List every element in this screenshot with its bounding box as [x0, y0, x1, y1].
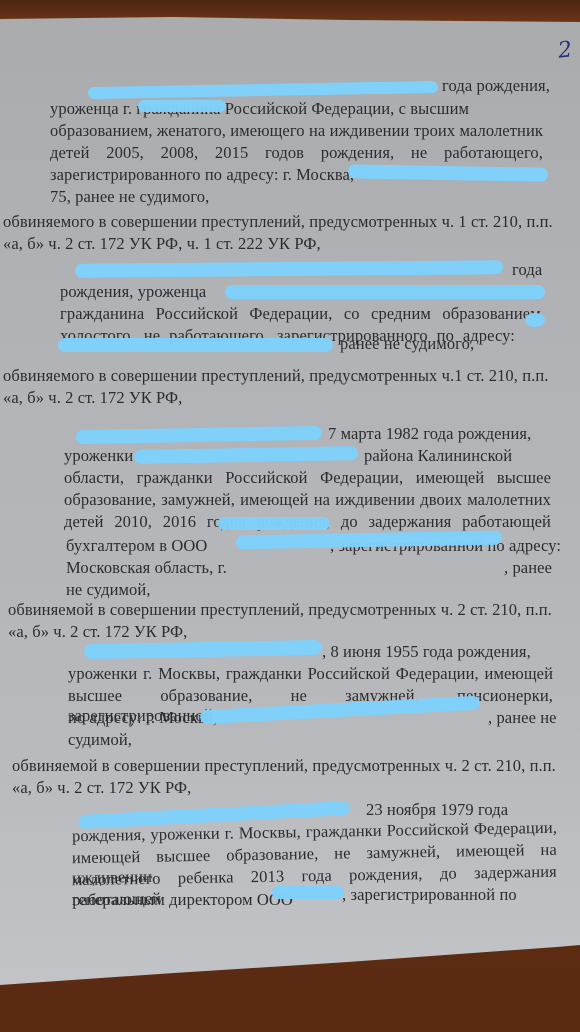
handwritten-page-number: 2 — [557, 37, 574, 63]
text-line: , ранее не — [488, 708, 557, 728]
text-line: уроженки — [64, 446, 133, 466]
redaction-mark — [84, 640, 322, 659]
redaction-mark — [138, 100, 226, 112]
text-line: Московская область, г. — [66, 558, 227, 578]
text-line: бухгалтером в ООО — [66, 536, 207, 556]
text-line: «а, б» ч. 2 ст. 172 УК РФ, — [12, 778, 191, 798]
text-line: детей 2005, 2008, 2015 годов рождения, н… — [50, 143, 543, 163]
redaction-mark — [272, 886, 344, 899]
text-line: 23 ноября 1979 года — [366, 800, 508, 820]
text-line: генеральным директором ООО — [72, 890, 293, 910]
text-line: не судимой, — [66, 580, 151, 600]
redaction-mark — [134, 446, 358, 464]
text-line: «а, б» ч. 2 ст. 172 УК РФ, ч. 1 ст. 222 … — [3, 234, 321, 254]
text-line: , зарегистрированной по — [342, 885, 517, 905]
text-line: обвиняемой в совершении преступлений, пр… — [8, 600, 552, 620]
redaction-mark — [225, 285, 545, 299]
text-line: обвиняемой в совершении преступлений, пр… — [12, 756, 556, 776]
text-line: района Калининской — [364, 446, 512, 466]
text-line: , 8 июня 1955 года рождения, — [322, 642, 531, 662]
text-line: рождения, уроженца — [60, 282, 206, 302]
redaction-mark — [348, 164, 548, 181]
text-line: зарегистрированного по адресу: г. Москва… — [50, 165, 354, 185]
text-line: обвиняемого в совершении преступлений, п… — [3, 212, 553, 232]
text-line: по адресу: г. Москва, — [68, 708, 217, 728]
text-line: 7 марта 1982 года рождения, — [328, 424, 531, 444]
text-line: года рождения, — [442, 76, 550, 96]
text-line: судимой, — [68, 730, 132, 750]
text-line: года — [512, 260, 542, 280]
redaction-mark — [525, 313, 545, 327]
text-line: области, гражданки Российской Федерации,… — [64, 468, 551, 488]
text-line: ранее не судимого, — [340, 334, 474, 354]
text-line: образование, замужней, имеющей на иждиве… — [64, 490, 551, 510]
text-line: 75, ранее не судимого, — [50, 187, 209, 207]
text-line: образованием, женатого, имеющего на ижди… — [50, 121, 543, 141]
redaction-mark — [75, 260, 503, 278]
text-line: «а, б» ч. 2 ст. 172 УК РФ, — [3, 388, 182, 408]
redaction-mark — [88, 81, 438, 99]
text-line: уроженца г. гражданина Российской Федера… — [50, 99, 469, 119]
text-line: уроженки г. Москвы, гражданки Российской… — [68, 664, 553, 684]
document-page: 2 года рождения, уроженца г. гражданина … — [0, 0, 580, 1032]
text-line: «а, б» ч. 2 ст. 172 УК РФ, — [8, 622, 187, 642]
text-line: , ранее — [504, 558, 552, 578]
redaction-mark — [58, 338, 333, 352]
text-line: обвиняемого в совершении преступлений, п… — [3, 366, 549, 386]
redaction-mark — [76, 426, 322, 444]
redaction-mark — [218, 517, 330, 530]
text-line: гражданина Российской Федерации, со сред… — [60, 304, 545, 324]
